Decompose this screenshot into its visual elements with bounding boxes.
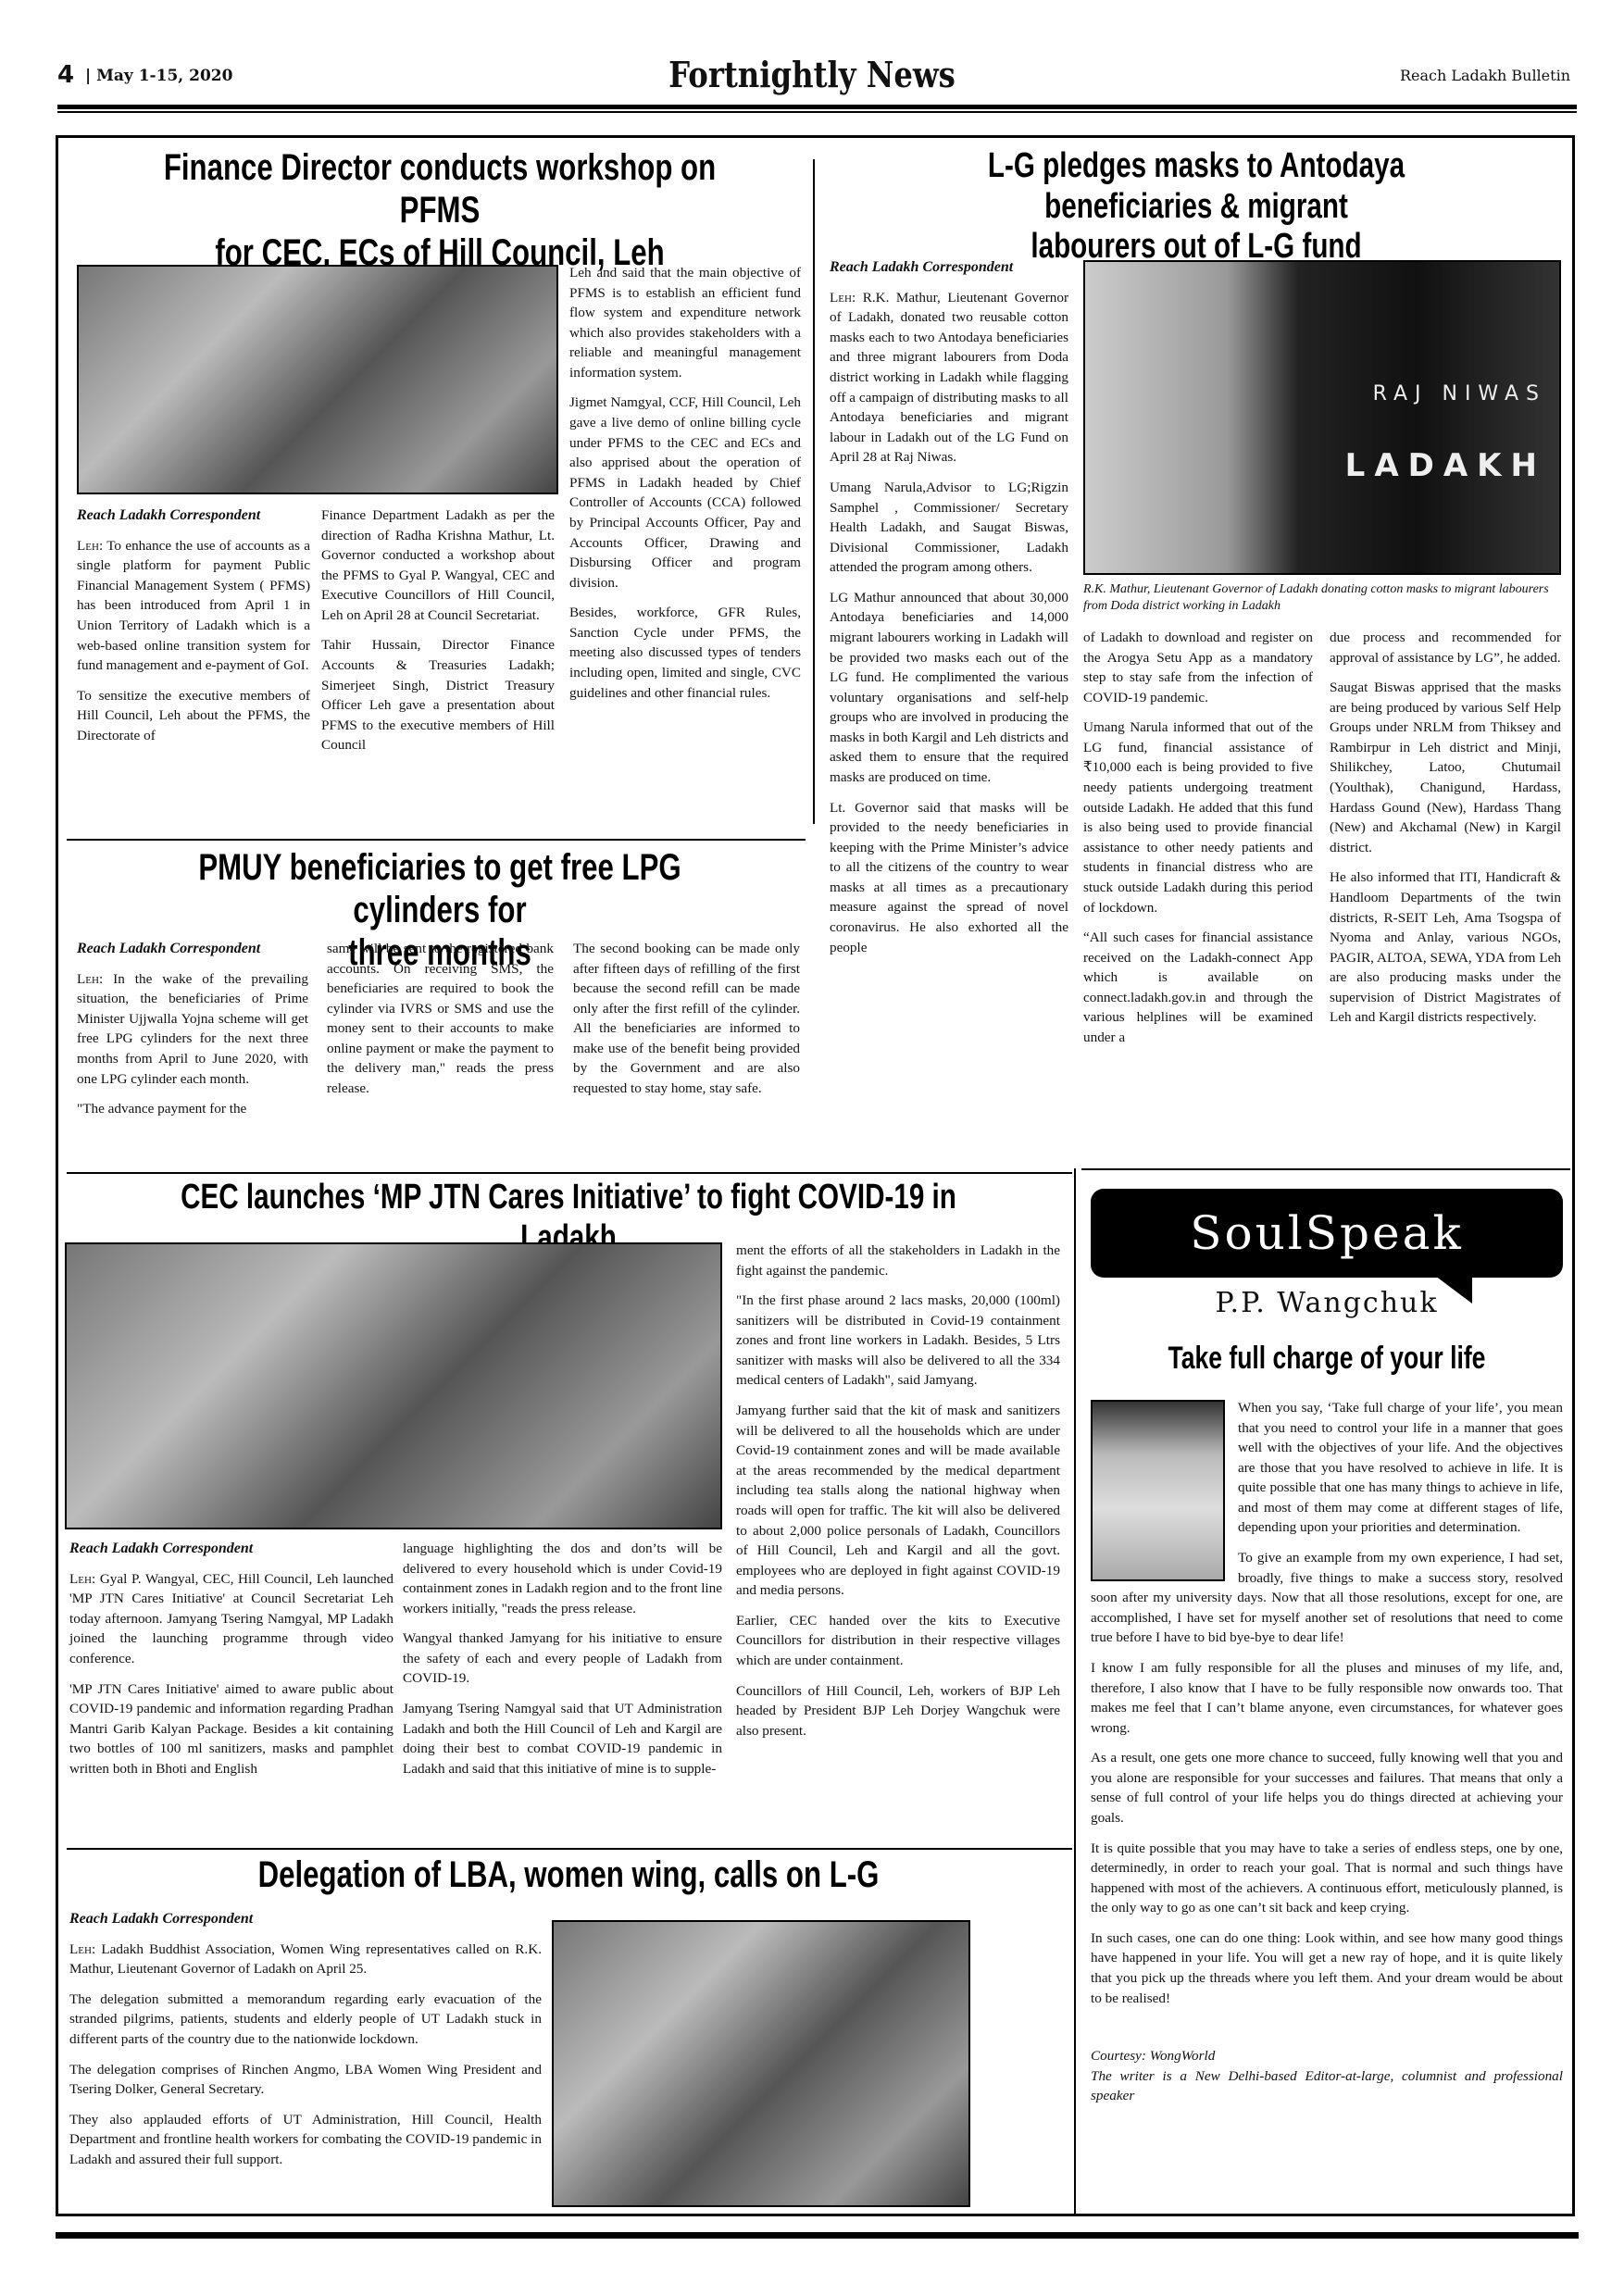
publication-name: Reach Ladakh Bulletin	[1400, 67, 1570, 84]
pfms-col-1: Reach Ladakh Correspondent Leh: To enhan…	[77, 505, 310, 756]
paragraph: They also applauded efforts of UT Admini…	[69, 2110, 542, 2170]
article-lg-masks: L-G pledges masks to Antodaya beneficiar…	[822, 146, 1570, 1174]
pfms-headline: Finance Director conducts workshop on PF…	[151, 146, 729, 274]
lg-masks-headline: L-G pledges masks to Antodaya beneficiar…	[905, 146, 1488, 268]
photo-sign-text: LADAKH	[1345, 447, 1546, 484]
byline: Reach Ladakh Correspondent	[69, 1909, 542, 1930]
paragraph: To enhance the use of accounts as a sing…	[77, 538, 310, 673]
paragraph: He also informed that ITI, Handicraft & …	[1330, 867, 1561, 1028]
paragraph: Leh and said that the main objective of …	[569, 263, 801, 382]
byline: Reach Ladakh Correspondent	[69, 1539, 394, 1560]
byline: Reach Ladakh Correspondent	[77, 505, 310, 527]
author-name: P.P. Wangchuk	[1083, 1287, 1570, 1319]
paragraph: Gyal P. Wangyal, CEC, Hill Council, Leh …	[69, 1571, 394, 1666]
cec-col-2: language highlighting the dos and don’ts…	[403, 1539, 722, 1789]
section-divider	[1081, 1168, 1570, 1170]
paragraph: due process and recommended for approval…	[1330, 628, 1561, 668]
page-number: 4	[57, 61, 74, 89]
byline: Reach Ladakh Correspondent	[77, 939, 308, 960]
paragraph: Earlier, CEC handed over the kits to Exe…	[736, 1611, 1060, 1671]
byline: Reach Ladakh Correspondent	[830, 257, 1068, 279]
paragraph: Ladakh Buddhist Association, Women Wing …	[69, 1941, 542, 1978]
paragraph: To sensitize the executive members of Hi…	[77, 686, 310, 746]
photo-caption: R.K. Mathur, Lieutenant Governor of Lada…	[1083, 581, 1561, 615]
section-title: Fortnightly News	[122, 54, 1503, 95]
soulspeak-banner: SoulSpeak	[1091, 1189, 1563, 1278]
paragraph: Jigmet Namgyal, CCF, Hill Council, Leh g…	[569, 393, 801, 593]
paragraph: I know I am fully responsible for all th…	[1091, 1658, 1563, 1738]
paragraph: Finance Department Ladakh as per the dir…	[321, 505, 555, 625]
paragraph: The second booking can be made only afte…	[573, 939, 800, 1099]
paragraph: “All such cases for financial assistance…	[1083, 928, 1313, 1047]
lg-masks-photo: RAJ NIWAS LADAKH	[1083, 260, 1561, 575]
paragraph: Councillors of Hill Council, Leh, worker…	[736, 1681, 1060, 1741]
dateline: Leh:	[69, 1941, 95, 1957]
paragraph: same will be sent to the registered bank…	[327, 939, 554, 1099]
dateline: Leh:	[830, 290, 856, 306]
paragraph: It is quite possible that you may have t…	[1091, 1839, 1563, 1918]
masthead-rule-thin	[57, 111, 1577, 113]
author-portrait	[1091, 1400, 1225, 1581]
pfms-photo	[77, 265, 558, 494]
paragraph: Tahir Hussain, Director Finance Accounts…	[321, 635, 555, 755]
paragraph: R.K. Mathur, Lieutenant Governor of Lada…	[830, 290, 1068, 466]
cec-col-3: ment the efforts of all the stakeholders…	[736, 1241, 1060, 1751]
paragraph: 'MP JTN Cares Initiative' aimed to aware…	[69, 1679, 394, 1779]
soulspeak-body: When you say, ‘Take full charge of your …	[1091, 1398, 1563, 2106]
section-divider	[67, 1848, 1072, 1850]
headline-line: PMUY beneficiaries to get free LPG cylin…	[151, 846, 729, 931]
paragraph: Lt. Governor said that masks will be pro…	[830, 798, 1068, 958]
lg-masks-col-2: of Ladakh to download and register on th…	[1083, 628, 1313, 1058]
pmuy-col-1: Reach Ladakh Correspondent Leh: In the w…	[77, 939, 308, 1129]
paragraph: Besides, workforce, GFR Rules, Sanction …	[569, 603, 801, 703]
dateline: Leh:	[77, 538, 103, 554]
paragraph: In the wake of the prevailing situation,…	[77, 971, 308, 1087]
paragraph: of Ladakh to download and register on th…	[1083, 628, 1313, 707]
dateline: Leh:	[77, 971, 103, 987]
article-cec: CEC launches ‘MP JTN Cares Initiative’ t…	[69, 1178, 1068, 1844]
column-divider	[1074, 1168, 1076, 2216]
paragraph: Jamyang Tsering Namgyal said that UT Adm…	[403, 1699, 722, 1778]
lg-masks-col-1: Reach Ladakh Correspondent Leh: R.K. Mat…	[830, 257, 1068, 967]
article-pfms: Finance Director conducts workshop on PF…	[69, 146, 810, 827]
paragraph: ment the efforts of all the stakeholders…	[736, 1241, 1060, 1280]
lba-photo	[552, 1920, 970, 2207]
pmuy-col-2: same will be sent to the registered bank…	[327, 939, 554, 1109]
section-divider	[67, 839, 806, 841]
section-divider	[67, 1172, 1072, 1174]
soulspeak-headline: Take full charge of your life	[1137, 1341, 1517, 1377]
pfms-col-3: Leh and said that the main objective of …	[569, 263, 801, 713]
soulspeak-column: SoulSpeak P.P. Wangchuk Take full charge…	[1083, 1178, 1570, 2213]
article-pmuy: PMUY beneficiaries to get free LPG cylin…	[69, 846, 810, 1170]
dateline: Leh:	[69, 1571, 95, 1587]
courtesy-note: Courtesy: WongWorld	[1091, 2046, 1563, 2066]
paragraph: "The advance payment for the	[77, 1099, 308, 1119]
lba-body: Reach Ladakh Correspondent Leh: Ladakh B…	[69, 1909, 542, 2180]
pmuy-col-3: The second booking can be made only afte…	[573, 939, 800, 1109]
paragraph: "In the first phase around 2 lacs masks,…	[736, 1291, 1060, 1391]
photo-sign-text: RAJ NIWAS	[1373, 382, 1546, 406]
paragraph: Saugat Biswas apprised that the masks ar…	[1330, 678, 1561, 857]
paragraph: The delegation submitted a memorandum re…	[69, 1990, 542, 2050]
footer-rule	[56, 2232, 1579, 2239]
cec-photo	[65, 1242, 722, 1529]
paragraph: Wangyal thanked Jamyang for his initiati…	[403, 1628, 722, 1689]
lba-headline: Delegation of LBA, women wing, calls on …	[180, 1853, 958, 1896]
cec-col-1: Reach Ladakh Correspondent Leh: Gyal P. …	[69, 1539, 394, 1790]
masthead-rule	[57, 105, 1577, 109]
headline-line: Finance Director conducts workshop on PF…	[151, 146, 729, 231]
paragraph: In such cases, one can do one thing: Loo…	[1091, 1928, 1563, 2008]
paragraph: Jamyang further said that the kit of mas…	[736, 1401, 1060, 1601]
pfms-col-2: Finance Department Ladakh as per the dir…	[321, 505, 555, 766]
author-bio: The writer is a New Delhi-based Editor-a…	[1091, 2066, 1563, 2106]
paragraph: Umang Narula,Advisor to LG;Rigzin Samphe…	[830, 478, 1068, 578]
paragraph: Umang Narula informed that out of the LG…	[1083, 717, 1313, 917]
column-divider	[813, 159, 815, 824]
headline-line: L-G pledges masks to Antodaya beneficiar…	[905, 146, 1488, 227]
paragraph: The delegation comprises of Rinchen Angm…	[69, 2060, 542, 2100]
paragraph: LG Mathur announced that about 30,000 An…	[830, 588, 1068, 788]
paragraph: As a result, one gets one more chance to…	[1091, 1748, 1563, 1828]
article-lba: Delegation of LBA, women wing, calls on …	[69, 1853, 1068, 2215]
lg-masks-col-3: due process and recommended for approval…	[1330, 628, 1561, 1038]
paragraph: language highlighting the dos and don’ts…	[403, 1539, 722, 1618]
